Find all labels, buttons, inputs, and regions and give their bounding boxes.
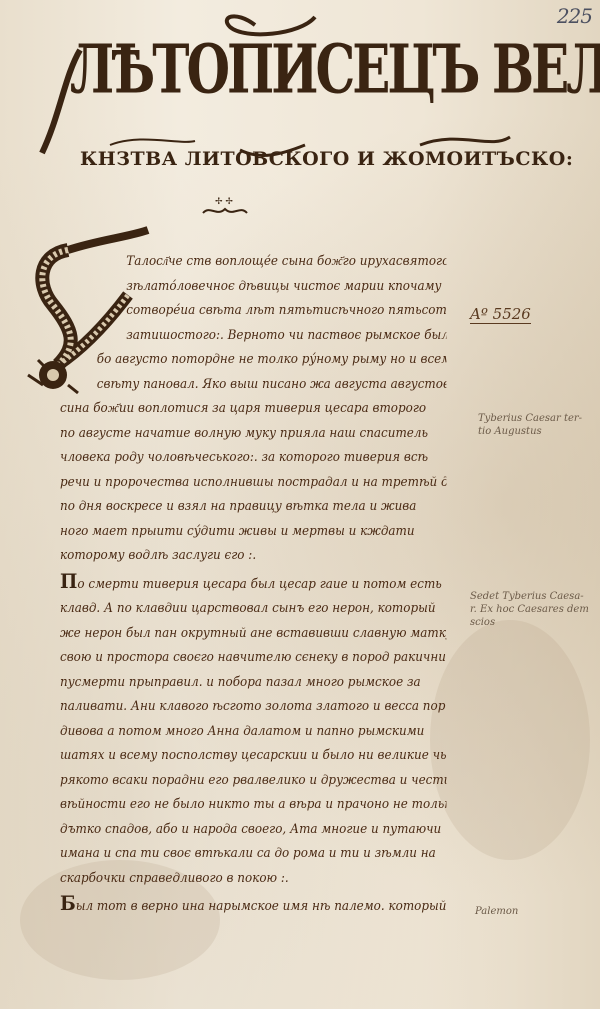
text-line: бо августо потордне не толко ру́ному рым… xyxy=(60,348,446,373)
marginal-note-tyberius: Tyberius Caesar ter- tio Augustus xyxy=(478,412,582,438)
text-line: рякото всаки порадни его рвалвелико и др… xyxy=(60,769,446,794)
text-line: клавд. А по клавдии царствовал сынъ его … xyxy=(60,597,446,622)
text-line: затишостого:. Верното чи паствоє рымское… xyxy=(60,324,446,349)
text-line: свѣту пановал. Яко выш писано жа августа… xyxy=(60,373,446,398)
page-number: 225 xyxy=(557,4,592,28)
text-line: же нерон был пан окрутный ане вставивши … xyxy=(60,622,446,647)
text-line: чловека роду чоловѣчеського:. за которог… xyxy=(60,446,446,471)
text-line: паливати. Ани клавого ѣсгото золота злат… xyxy=(60,695,446,720)
chronicle-title: ЛѢТОПИСЕЦЪ ВЕЛИКОГО xyxy=(70,36,510,104)
text-line: вѣйности его не было никто ты а вѣра и п… xyxy=(60,793,446,818)
paragraph-initial: П xyxy=(60,569,77,593)
svg-text:✢ ✢: ✢ ✢ xyxy=(215,197,233,207)
text-line: дивова а потом много Анна далатом и папн… xyxy=(60,720,446,745)
text-line: по августе начатие волную муку прияла на… xyxy=(60,422,446,447)
text-line: свою и простора своєго навчителю сєнеку … xyxy=(60,646,446,671)
text-line: сина бож҃ии воплотися за царя тиверия це… xyxy=(60,397,446,422)
paragraph-initial: Б xyxy=(60,891,76,915)
text-line: зѣлато́ловечноє дѣвицы чистоє марии кпоч… xyxy=(60,275,446,300)
text-line: ного мает прыити су́дити живы и мертвы и… xyxy=(60,520,446,545)
chronicle-subtitle: КНЗТВА ЛИТОВСКОГО И ЖОМОИТЪСКО: xyxy=(80,148,573,170)
text-line: которому водлѣ заслуги єго :. xyxy=(60,544,446,569)
text-line-paragraph-start: По смерти тиверия цесара был цесар гаие … xyxy=(60,569,446,598)
text-line: шатях и всему посполству цесарскии и был… xyxy=(60,744,446,769)
text-line: дътко спадов, або и народа своего, Ата м… xyxy=(60,818,446,843)
marginal-note-caesares: Sedet Tyberius Caesa- r. Ex hoc Caesares… xyxy=(470,590,589,629)
text-line: имана и спа ти своє втѣкали са до рома и… xyxy=(60,842,446,867)
text-line: речи и пророчества исполнившы пострадал … xyxy=(60,471,446,496)
text-line: скарбочки справедливого в покою :. xyxy=(60,867,446,892)
text-line: Талосл҃че ств воплоще́е сына бож҃го ирух… xyxy=(60,250,446,275)
text-line: сотворе́иа свѣта лѣт пятьтисѣчного пятьс… xyxy=(60,299,446,324)
text-line-paragraph-start: Был тот в верно ина нарымское имя нѣ пал… xyxy=(60,891,446,920)
text-line: пусмерти прыправил. и побора пазал много… xyxy=(60,671,446,696)
manuscript-page: 225 ЛѢТОПИСЕЦЪ ВЕЛИКОГО КНЗТВА ЛИТОВСКОГ… xyxy=(0,0,600,1009)
marginal-note-palemon: Palemon xyxy=(475,905,518,918)
text-line: по дня воскресе и взял на правицу вѣтка … xyxy=(60,495,446,520)
decorative-ornament-icon: ✢ ✢ xyxy=(195,195,255,220)
chronicle-body: Талосл҃че ств воплоще́е сына бож҃го ирух… xyxy=(60,250,480,920)
